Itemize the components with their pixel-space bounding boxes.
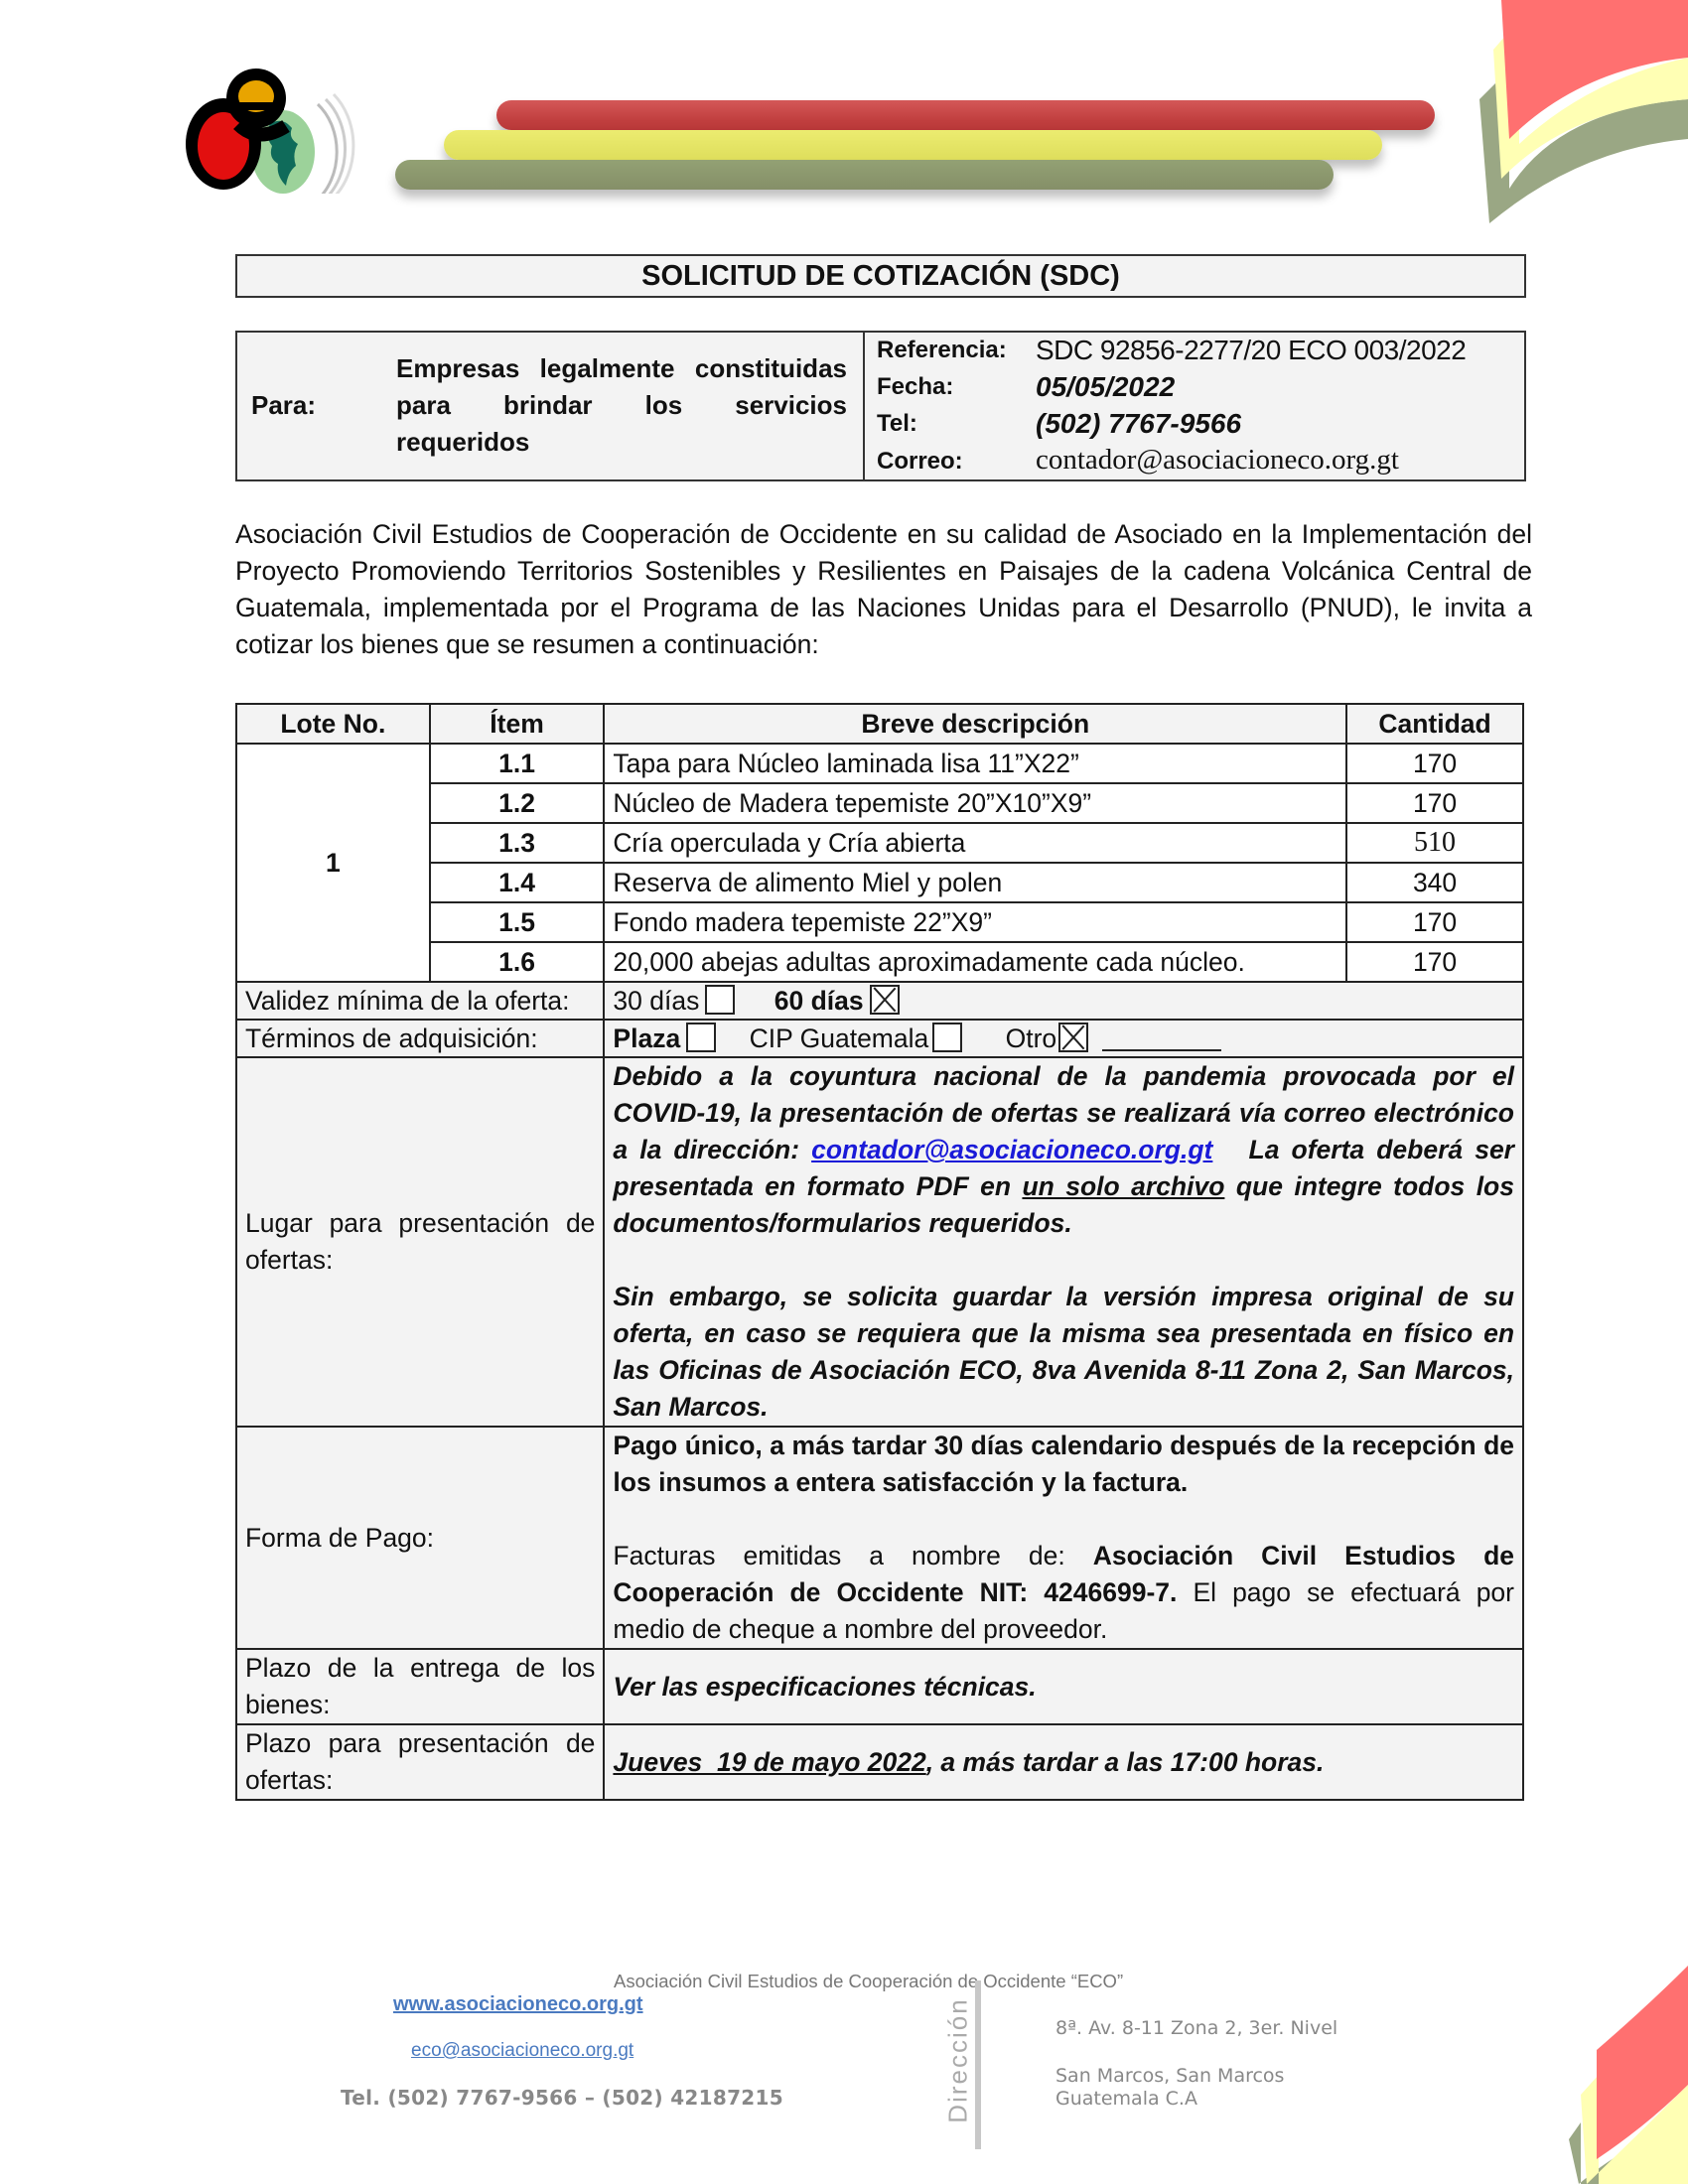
checkbox-otro-checked[interactable] — [1058, 1023, 1088, 1052]
referencia-value: SDC 92856-2277/20 ECO 003/2022 — [1036, 335, 1466, 366]
plazo-value: Jueves 19 de mayo 2022, a más tardar a l… — [604, 1724, 1523, 1800]
item-description: 20,000 abejas adultas aproximadamente ca… — [604, 942, 1346, 982]
lugar-text-underlined: un solo archivo — [1022, 1171, 1224, 1201]
plazo-date: Jueves 19 de mayo 2022 — [613, 1747, 925, 1777]
pago-paragraph-1: Pago único, a más tardar 30 días calenda… — [613, 1428, 1514, 1501]
table-row: 1 1.1 Tapa para Núcleo laminada lisa 11”… — [236, 744, 1523, 783]
fecha-value: 05/05/2022 — [1036, 371, 1175, 403]
terminos-label: Términos de adquisición: — [236, 1020, 604, 1057]
recipient-section: Para: Empresas legalmente constituidas p… — [237, 333, 865, 479]
footer-address-line2: San Marcos, San Marcos — [1055, 2065, 1284, 2087]
validez-options: 30 días 60 días — [604, 982, 1523, 1020]
item-description: Núcleo de Madera tepemiste 20”X10”X9” — [604, 783, 1346, 823]
footer-direccion-label: Dirección — [943, 1991, 974, 2130]
col-header-lote: Lote No. — [236, 704, 430, 744]
checkbox-30-dias[interactable] — [705, 985, 735, 1015]
item-number: 1.2 — [430, 783, 605, 823]
footer-address-line3: Guatemala C.A — [1055, 2088, 1197, 2110]
col-header-item: Ítem — [430, 704, 605, 744]
entrega-label: Plazo de la entrega de los bienes: — [236, 1649, 604, 1724]
recipient-text: Empresas legalmente constituidas para br… — [396, 350, 847, 461]
item-number: 1.4 — [430, 863, 605, 902]
para-label: Para: — [251, 390, 316, 421]
correo-label: Correo: — [877, 448, 963, 476]
table-row: 1.6 20,000 abejas adultas aproximadament… — [236, 942, 1523, 982]
lote-number: 1 — [236, 744, 430, 982]
footer-address-line1: 8ª. Av. 8-11 Zona 2, 3er. Nivel — [1055, 2017, 1337, 2039]
terminos-options: Plaza CIP Guatemala Otro — [604, 1020, 1523, 1057]
corner-decoration-top — [1479, 0, 1688, 223]
pago-row: Forma de Pago: Pago único, a más tardar … — [236, 1427, 1523, 1649]
intro-paragraph: Asociación Civil Estudios de Cooperación… — [235, 516, 1532, 663]
recipient-box: Para: Empresas legalmente constituidas p… — [235, 331, 1526, 481]
plazo-time: , a más tardar a las 17:00 horas. — [926, 1747, 1325, 1777]
fecha-label: Fecha: — [877, 373, 953, 401]
header-bar-green — [395, 160, 1334, 190]
option-plaza-label: Plaza — [613, 1024, 680, 1053]
footer-org-name: Asociación Civil Estudios de Cooperación… — [614, 1971, 1123, 1992]
goods-table: Lote No. Ítem Breve descripción Cantidad… — [235, 703, 1524, 1801]
pago-text-a: Facturas emitidas a nombre de: — [613, 1541, 1092, 1570]
entrega-row: Plazo de la entrega de los bienes: Ver l… — [236, 1649, 1523, 1724]
plazo-label: Plazo para presentación de ofertas: — [236, 1724, 604, 1800]
col-header-description: Breve descripción — [604, 704, 1346, 744]
contador-email-link[interactable]: contador@asociacioneco.org.gt — [811, 1135, 1212, 1164]
item-description: Fondo madera tepemiste 22”X9” — [604, 902, 1346, 942]
item-number: 1.5 — [430, 902, 605, 942]
checkbox-60-dias-checked[interactable] — [870, 985, 900, 1015]
footer-phone: Tel. (502) 7767-9566 – (502) 42187215 — [341, 2086, 783, 2110]
checkbox-cip-guatemala[interactable] — [932, 1023, 962, 1052]
table-header-row: Lote No. Ítem Breve descripción Cantidad — [236, 704, 1523, 744]
item-quantity: 170 — [1346, 942, 1523, 982]
table-row: 1.2 Núcleo de Madera tepemiste 20”X10”X9… — [236, 783, 1523, 823]
table-row: 1.5 Fondo madera tepemiste 22”X9” 170 — [236, 902, 1523, 942]
option-60-dias-label: 60 días — [774, 986, 864, 1016]
plazo-row: Plazo para presentación de ofertas: Juev… — [236, 1724, 1523, 1800]
lugar-label: Lugar para presentación de ofertas: — [236, 1057, 604, 1427]
option-cip-label: CIP Guatemala — [750, 1024, 929, 1053]
pago-paragraph-2: Facturas emitidas a nombre de: Asociació… — [613, 1538, 1514, 1648]
correo-value[interactable]: contador@asociacioneco.org.gt — [1036, 444, 1399, 477]
page-title: SOLICITUD DE COTIZACIÓN (SDC) — [235, 254, 1526, 298]
pago-label: Forma de Pago: — [236, 1427, 604, 1649]
checkbox-plaza[interactable] — [686, 1023, 716, 1052]
col-header-quantity: Cantidad — [1346, 704, 1523, 744]
lugar-content: Debido a la coyuntura nacional de la pan… — [604, 1057, 1523, 1427]
pago-content: Pago único, a más tardar 30 días calenda… — [604, 1427, 1523, 1649]
option-30-dias-label: 30 días — [613, 986, 699, 1016]
eco-logo — [179, 65, 387, 194]
footer-website-link[interactable]: www.asociacioneco.org.gt — [393, 1993, 643, 2016]
header-bar-yellow — [444, 130, 1382, 160]
table-row: 1.3 Cría operculada y Cría abierta 510 — [236, 823, 1523, 863]
item-quantity: 170 — [1346, 744, 1523, 783]
referencia-label: Referencia: — [877, 337, 1007, 364]
item-quantity: 340 — [1346, 863, 1523, 902]
tel-value: (502) 7767-9566 — [1036, 408, 1241, 440]
validez-label: Validez mínima de la oferta: — [236, 982, 604, 1020]
corner-decoration-bottom — [1569, 1896, 1688, 2184]
item-number: 1.3 — [430, 823, 605, 863]
option-otro-label: Otro — [1006, 1024, 1057, 1053]
tel-label: Tel: — [877, 410, 917, 438]
footer-divider — [975, 1980, 981, 2149]
item-quantity: 170 — [1346, 783, 1523, 823]
item-number: 1.6 — [430, 942, 605, 982]
terminos-row: Términos de adquisición: Plaza CIP Guate… — [236, 1020, 1523, 1057]
item-description: Tapa para Núcleo laminada lisa 11”X22” — [604, 744, 1346, 783]
item-description: Cría operculada y Cría abierta — [604, 823, 1346, 863]
otro-blank-field[interactable] — [1102, 1049, 1221, 1051]
item-quantity: 170 — [1346, 902, 1523, 942]
table-row: 1.4 Reserva de alimento Miel y polen 340 — [236, 863, 1523, 902]
item-description: Reserva de alimento Miel y polen — [604, 863, 1346, 902]
lugar-paragraph-1: Debido a la coyuntura nacional de la pan… — [613, 1058, 1514, 1242]
validez-row: Validez mínima de la oferta: 30 días 60 … — [236, 982, 1523, 1020]
lugar-row: Lugar para presentación de ofertas: Debi… — [236, 1057, 1523, 1427]
item-number: 1.1 — [430, 744, 605, 783]
lugar-paragraph-2: Sin embargo, se solicita guardar la vers… — [613, 1279, 1514, 1426]
entrega-value: Ver las especificaciones técnicas. — [604, 1649, 1523, 1724]
header-bar-red — [496, 100, 1435, 130]
footer-email-link[interactable]: eco@asociacioneco.org.gt — [411, 2040, 633, 2062]
item-quantity: 510 — [1346, 823, 1523, 863]
